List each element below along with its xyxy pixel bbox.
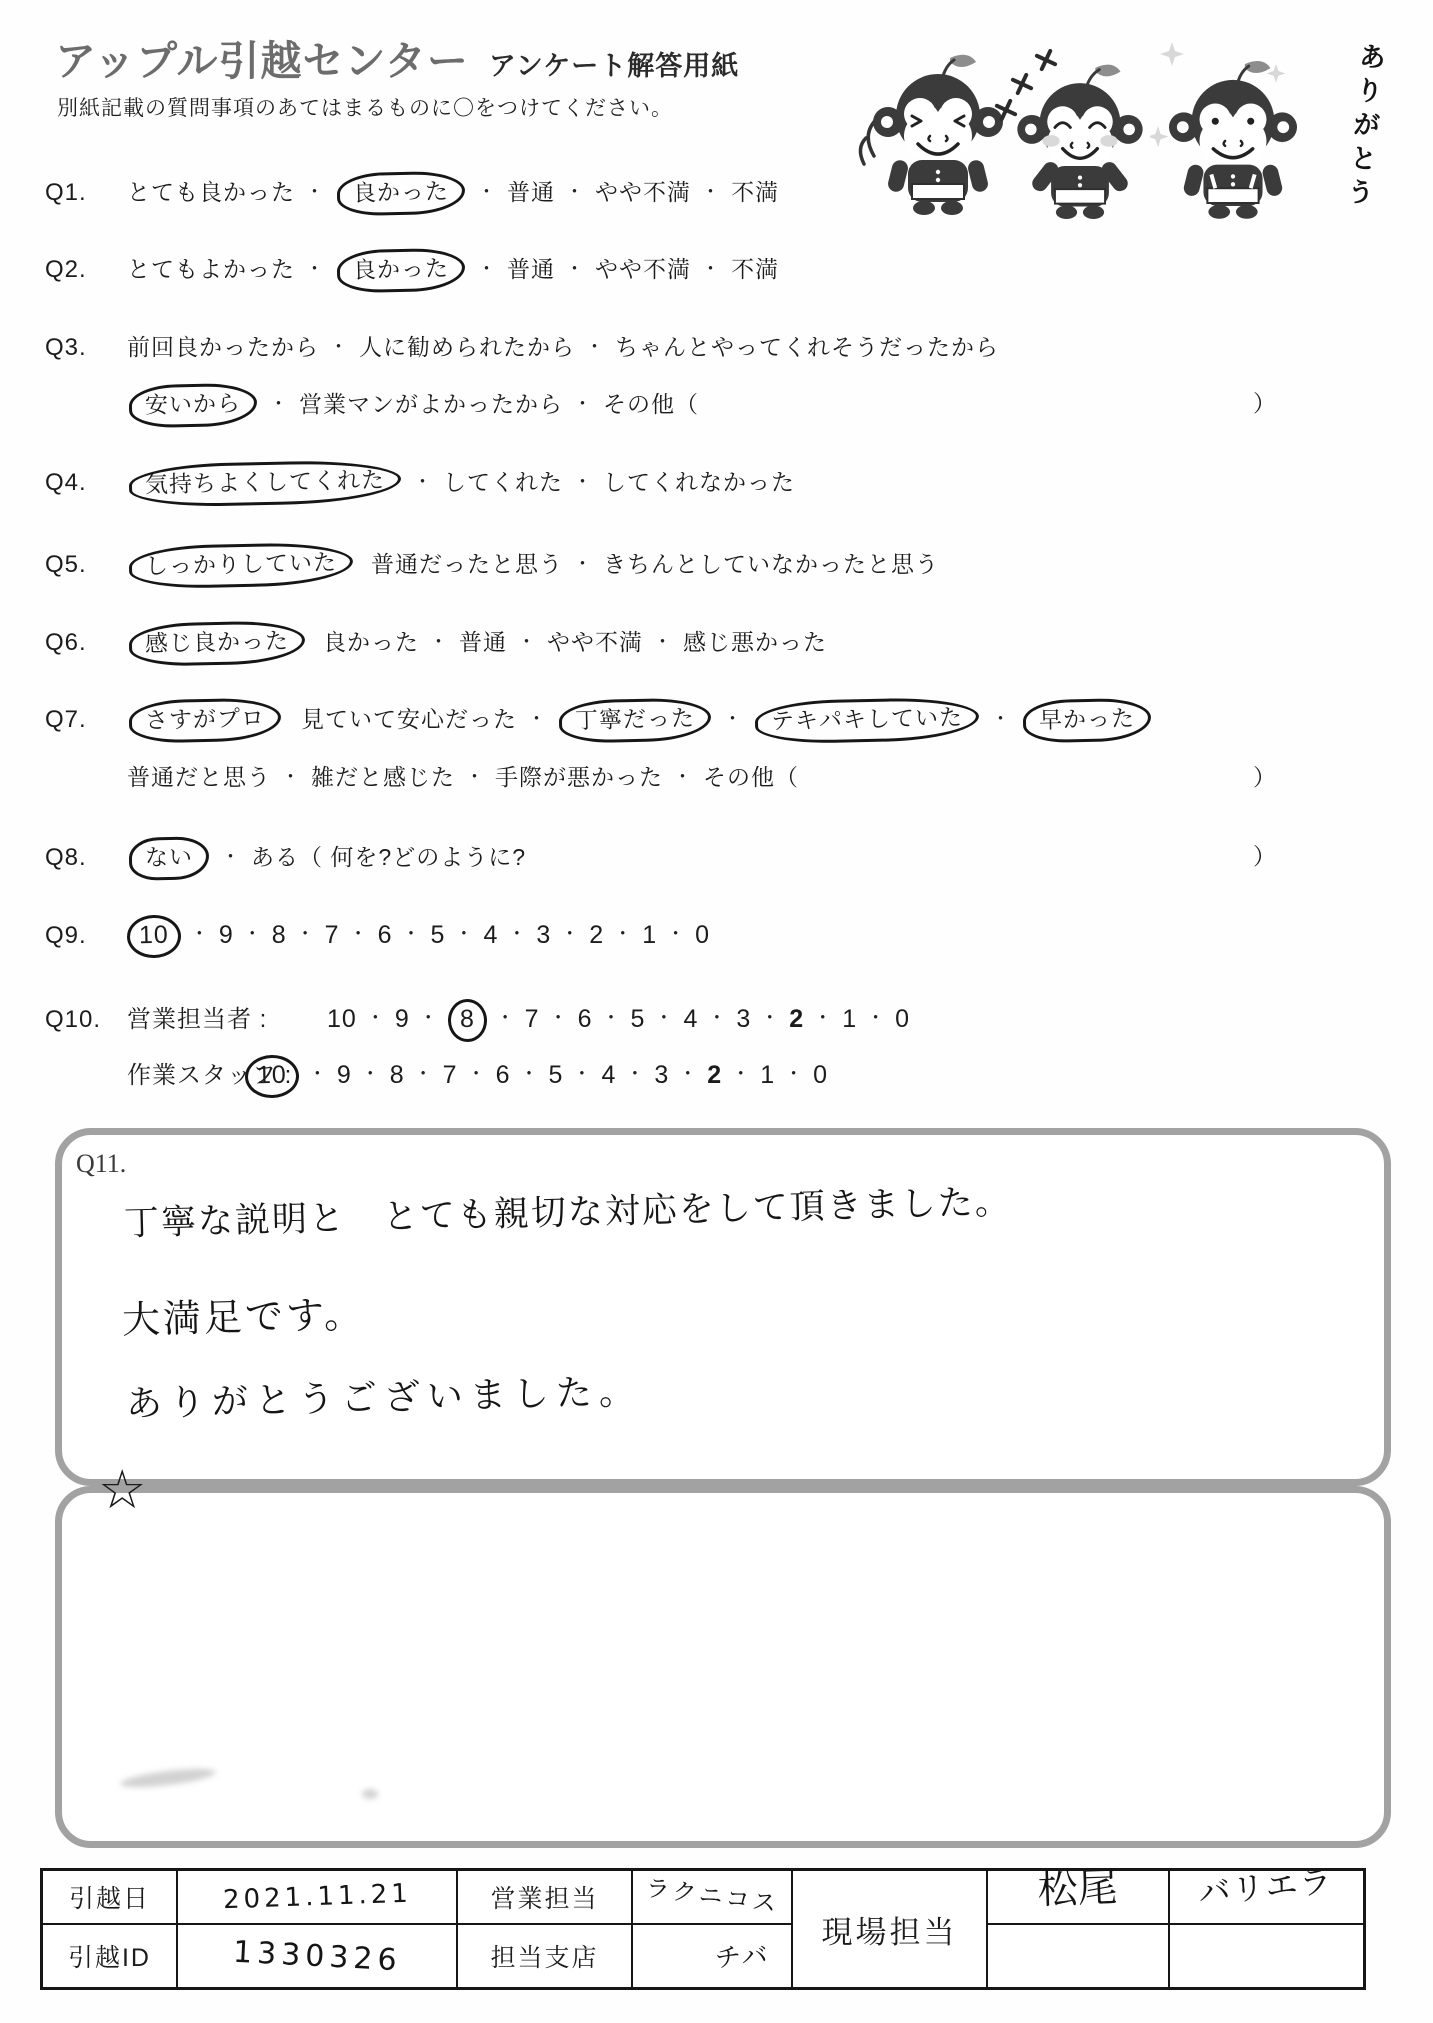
option-separator: ・ <box>602 1008 622 1029</box>
option-separator: ・ <box>190 924 210 945</box>
option: 普通だと思う <box>127 766 271 789</box>
option-separator: ・ <box>653 632 673 653</box>
option-separator: ・ <box>477 182 497 203</box>
option-separator: ・ <box>666 924 686 945</box>
option-separator: ・ <box>496 1008 516 1029</box>
rating-option: 7 <box>443 1063 458 1088</box>
rating-option: 2 <box>707 1063 722 1088</box>
rating-option: 2 <box>789 1007 804 1032</box>
option-other-open: その他（ <box>603 393 699 416</box>
selected-option-circle: 丁寧だった <box>559 697 712 743</box>
option-separator: ・ <box>625 1064 645 1085</box>
question-q7: Q7.さすがプロ見ていて安心だった・丁寧だった・テキパキしていた・早かった <box>45 707 1153 734</box>
cell-label: 営業担当 <box>490 1879 598 1915</box>
question-number: Q7. <box>45 708 127 732</box>
question-number: Q2. <box>45 258 127 282</box>
handwritten-value: バリエラ <box>1196 1856 1335 1914</box>
move-info-table: 引越日 2021.11.21 営業担当 ラクニコス 現場担当 松尾 バリエラ 引… <box>40 1868 1366 1990</box>
option-other-open: その他（ <box>703 766 799 789</box>
selected-rating-circle: 8 <box>447 999 487 1043</box>
option: 人に勧められたから <box>359 336 575 359</box>
rating-option: 9 <box>219 923 234 948</box>
question-q6: Q6.感じ良かった良かった・普通・やや不満・感じ悪かった <box>45 630 827 657</box>
rating-option: 5 <box>631 1007 646 1032</box>
option: とても良かった <box>127 181 295 204</box>
option-separator: ・ <box>467 1064 487 1085</box>
selected-option-circle: 安いから <box>129 383 258 429</box>
option-separator: ・ <box>243 924 263 945</box>
option-separator: ・ <box>361 1064 381 1085</box>
option-separator: ・ <box>613 924 633 945</box>
pencil-smudge <box>362 1789 378 1799</box>
branch-value-cell: チバ <box>633 1925 793 1987</box>
rating-option: 0 <box>895 1007 910 1032</box>
thanks-vertical-text: ありがとう <box>1337 41 1391 214</box>
option-separator: ・ <box>429 632 449 653</box>
option-separator: ・ <box>723 709 743 730</box>
question-number: Q11. <box>76 1149 126 1179</box>
question-q2: Q2.とてもよかった・良かった・普通・やや不満・不満 <box>45 257 779 284</box>
option: 感じ悪かった <box>683 631 827 654</box>
option: きちんとしていなかったと思う <box>603 553 939 576</box>
close-paren: ） <box>1253 766 1277 789</box>
option: ちゃんとやってくれそうだったから <box>615 336 999 359</box>
option: 雑だと感じた <box>311 766 455 789</box>
rating-option: 6 <box>496 1063 511 1088</box>
site-staff-name2-cell: バリエラ <box>1170 1871 1363 1925</box>
option: 手際が悪かった <box>495 766 663 789</box>
question-number: Q5. <box>45 553 127 577</box>
q11-comment-box: Q11. 丁寧な説明と とても親切な対応をして頂きました。 大満足です。 ありが… <box>55 1128 1391 1486</box>
question-q10-line2: 作業スタッフ :10・9・8・7・6・5・4・3・2・1・0 <box>45 1062 828 1091</box>
option: やや不満 <box>547 631 643 654</box>
handwritten-value: 2021.11.21 <box>222 1879 412 1916</box>
option-separator: ・ <box>517 632 537 653</box>
option-separator: ・ <box>413 472 433 493</box>
option: 普通 <box>459 631 507 654</box>
sales-rep-value-cell: ラクニコス <box>633 1871 793 1925</box>
option-separator: ・ <box>760 1008 780 1029</box>
rating-option: 6 <box>578 1007 593 1032</box>
rating-option: 0 <box>813 1063 828 1088</box>
option-separator: ・ <box>565 182 585 203</box>
rating-option: 4 <box>483 923 498 948</box>
option: 前回良かったから <box>127 336 319 359</box>
option-separator: ・ <box>707 1008 727 1029</box>
handwritten-value: ラクニコス <box>644 1867 782 1918</box>
rating-option: 3 <box>736 1007 751 1032</box>
rating-option: 8 <box>390 1063 405 1088</box>
rating-option: 2 <box>589 923 604 948</box>
option-separator: ・ <box>549 1008 569 1029</box>
rating-option: 9 <box>337 1063 352 1088</box>
site-staff-name1-cell: 松尾 <box>988 1871 1170 1925</box>
question-q1: Q1.とても良かった・良かった・普通・やや不満・不満 <box>45 180 779 207</box>
move-date-label-cell: 引越日 <box>43 1871 178 1925</box>
survey-scan-page: アップル引越センター アンケート解答用紙 別紙記載の質問事項のあてはまるものに〇… <box>0 0 1433 2023</box>
question-q3: Q3.前回良かったから・人に勧められたから・ちゃんとやってくれそうだったから <box>45 336 999 360</box>
option-separator: ・ <box>560 924 580 945</box>
option-separator: ・ <box>866 1008 886 1029</box>
option: 普通 <box>507 181 555 204</box>
site-staff-empty-cell <box>988 1925 1170 1987</box>
rating-option: 8 <box>272 923 287 948</box>
option-separator: ・ <box>269 394 289 415</box>
rating-option: 1 <box>842 1007 857 1032</box>
option-separator: ・ <box>573 472 593 493</box>
rating-option: 4 <box>601 1063 616 1088</box>
option: 見ていて安心だった <box>301 708 517 731</box>
move-id-label-cell: 引越ID <box>43 1925 178 1987</box>
selected-rating-circle: 10 <box>127 914 182 958</box>
cell-label: 引越ID <box>68 1938 151 1974</box>
selected-option-circle: テキパキしていた <box>755 697 980 745</box>
rating-option: 4 <box>683 1007 698 1032</box>
selected-option-circle: 感じ良かった <box>129 620 306 667</box>
question-q3-line2: 安いから・営業マンがよかったから・その他（） <box>45 392 699 419</box>
rating-option: 9 <box>395 1007 410 1032</box>
option-separator: ・ <box>784 1064 804 1085</box>
header: アップル引越センター アンケート解答用紙 <box>55 28 739 87</box>
option-separator: ・ <box>654 1008 674 1029</box>
selected-option-circle: しっかりしていた <box>129 542 354 590</box>
option-separator: ・ <box>308 1064 328 1085</box>
option-separator: ・ <box>572 1064 592 1085</box>
option-separator: ・ <box>991 709 1011 730</box>
move-date-value-cell: 2021.11.21 <box>178 1871 458 1925</box>
option: してくれなかった <box>603 471 795 494</box>
option-separator: ・ <box>305 259 325 280</box>
option-separator: ・ <box>402 924 422 945</box>
option-separator: ・ <box>527 709 547 730</box>
option-separator: ・ <box>678 1064 698 1085</box>
option-separator: ・ <box>465 767 485 788</box>
option: 良かった <box>323 631 419 654</box>
option-other-open: ある（ 何を?どのように? <box>251 846 526 869</box>
option: 不満 <box>731 258 779 281</box>
option: 普通 <box>507 258 555 281</box>
rating-row-label: 営業担当者 : <box>127 1008 327 1032</box>
mascot-monkey-winking-icon <box>872 50 1004 216</box>
site-staff-label-cell: 現場担当 <box>793 1871 988 1987</box>
option: 不満 <box>731 181 779 204</box>
site-staff-empty-cell <box>1170 1925 1363 1987</box>
option-separator: ・ <box>673 767 693 788</box>
rating-option: 3 <box>654 1063 669 1088</box>
rating-option: 7 <box>325 923 340 948</box>
brand-title: アップル引越センター <box>55 28 469 87</box>
close-paren: ） <box>1253 845 1277 868</box>
option: とてもよかった <box>127 258 295 281</box>
question-q4: Q4.気持ちよくしてくれた・してくれた・してくれなかった <box>45 470 795 497</box>
option-separator: ・ <box>305 182 325 203</box>
form-title: アンケート解答用紙 <box>489 44 739 83</box>
instruction-text: 別紙記載の質問事項のあてはまるものに〇をつけてください。 <box>57 92 673 122</box>
branch-label-cell: 担当支店 <box>458 1925 633 1987</box>
pencil-smudge <box>120 1765 217 1791</box>
question-q10: Q10.営業担当者 :10・9・8・7・6・5・4・3・2・1・0 <box>45 1006 910 1035</box>
selected-rating-circle: 10 <box>245 1054 300 1098</box>
option-separator: ・ <box>701 182 721 203</box>
option-separator: ・ <box>573 554 593 575</box>
option: 普通だったと思う <box>371 553 563 576</box>
option: してくれた <box>443 471 563 494</box>
rating-option: 3 <box>536 923 551 948</box>
option-separator: ・ <box>701 259 721 280</box>
option-separator: ・ <box>419 1008 439 1029</box>
rating-option: 0 <box>695 923 710 948</box>
rating-option: 10 <box>327 1007 357 1032</box>
option-separator: ・ <box>281 767 301 788</box>
option-separator: ・ <box>520 1064 540 1085</box>
close-paren: ） <box>1253 392 1277 415</box>
handwritten-value: 松尾 <box>1037 1855 1119 1915</box>
option-separator: ・ <box>573 394 593 415</box>
selected-option-circle: ない <box>129 836 210 881</box>
rating-option: 1 <box>760 1063 775 1088</box>
option: やや不満 <box>595 181 691 204</box>
option-separator: ・ <box>813 1008 833 1029</box>
option: やや不満 <box>595 258 691 281</box>
question-q7-line2: 普通だと思う・雑だと感じた・手際が悪かった・その他（） <box>45 766 799 789</box>
option-separator: ・ <box>349 924 369 945</box>
question-q8: Q8.ない・ある（ 何を?どのように?） <box>45 845 526 872</box>
cell-label: 現場担当 <box>822 1907 958 1952</box>
mascot-monkey-smiling-icon <box>1016 60 1144 220</box>
option-separator: ・ <box>565 259 585 280</box>
sales-rep-label-cell: 営業担当 <box>458 1871 633 1925</box>
option-separator: ・ <box>585 337 605 358</box>
handwritten-comment-line: 丁寧な説明と とても親切な対応をして頂きました。 <box>124 1185 1013 1242</box>
question-number: Q1. <box>45 181 127 205</box>
selected-option-circle: さすがプロ <box>129 697 282 743</box>
question-number: Q9. <box>45 924 127 948</box>
rating-option: 5 <box>431 923 446 948</box>
option-separator: ・ <box>414 1064 434 1085</box>
question-q9: Q9.10・9・8・7・6・5・4・3・2・1・0 <box>45 922 710 951</box>
question-number: Q6. <box>45 631 127 655</box>
selected-option-circle: 早かった <box>1023 698 1152 744</box>
option-separator: ・ <box>296 924 316 945</box>
cell-label: 引越日 <box>69 1879 150 1915</box>
rating-row-label: 作業スタッフ : <box>127 1064 245 1088</box>
option: 営業マンがよかったから <box>299 393 563 416</box>
question-q5: Q5.しっかりしていた普通だったと思う・きちんとしていなかったと思う <box>45 552 939 579</box>
rating-option: 7 <box>525 1007 540 1032</box>
free-comment-box: ☆ <box>55 1486 1391 1848</box>
star-icon: ☆ <box>98 1463 146 1517</box>
selected-option-circle: 良かった <box>337 248 466 294</box>
option-separator: ・ <box>366 1008 386 1029</box>
question-number: Q10. <box>45 1008 127 1032</box>
selected-option-circle: 気持ちよくしてくれた <box>129 459 402 508</box>
handwritten-comment-line: 大満足です。 <box>122 1295 366 1339</box>
option-separator: ・ <box>454 924 474 945</box>
handwritten-value: 1330326 <box>232 1934 402 1978</box>
option-separator: ・ <box>221 847 241 868</box>
question-number: Q8. <box>45 846 127 870</box>
move-id-value-cell: 1330326 <box>178 1925 458 1987</box>
rating-option: 5 <box>549 1063 564 1088</box>
mascot-monkey-happy-icon <box>1168 56 1298 220</box>
rating-option: 1 <box>642 923 657 948</box>
question-number: Q3. <box>45 336 127 360</box>
option-separator: ・ <box>329 337 349 358</box>
handwritten-comment-line: ありがとうございました。 <box>126 1374 643 1423</box>
option-separator: ・ <box>477 259 497 280</box>
rating-option: 6 <box>378 923 393 948</box>
option-separator: ・ <box>731 1064 751 1085</box>
cell-label: 担当支店 <box>490 1938 598 1974</box>
handwritten-value: チバ <box>714 1935 770 1975</box>
option-separator: ・ <box>507 924 527 945</box>
selected-option-circle: 良かった <box>337 171 466 217</box>
question-number: Q4. <box>45 471 127 495</box>
